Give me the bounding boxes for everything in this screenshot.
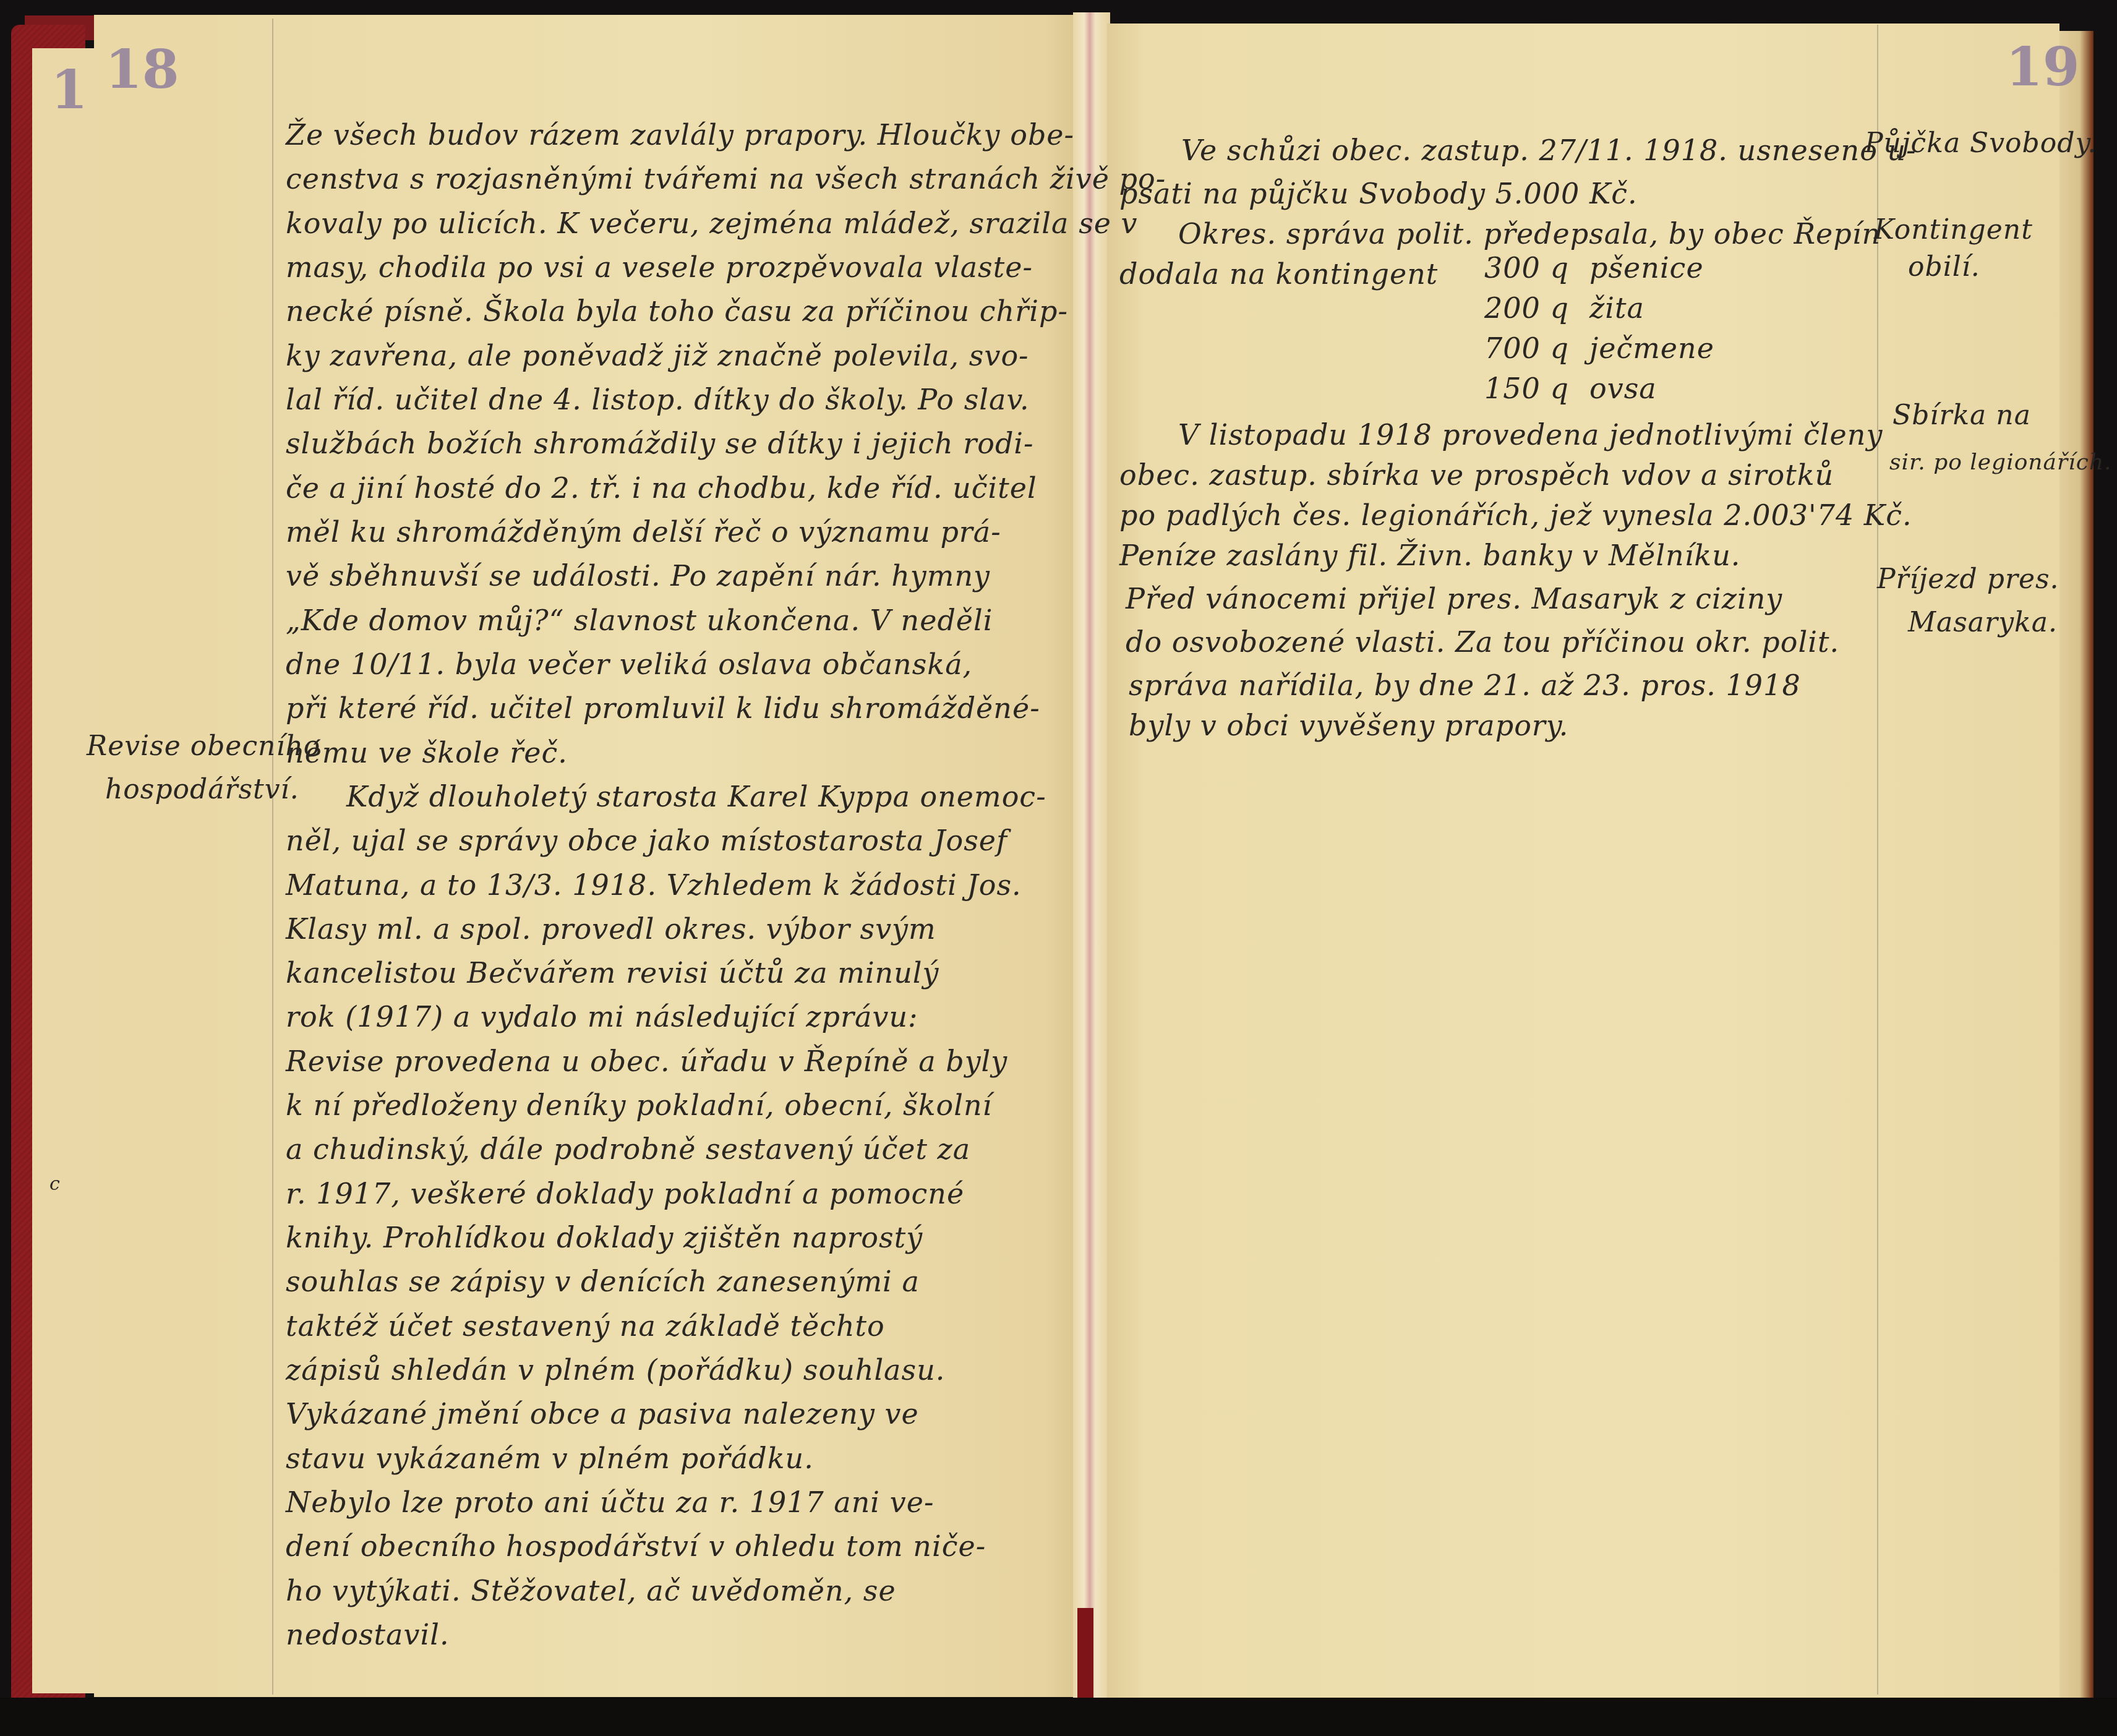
kontingent-amount: 200 q (1484, 294, 1569, 322)
margin-note-sbirka-line2: sir. po legionářích. (1889, 451, 2112, 474)
text-line: rok (1917) a vydalo mi následující zpráv… (286, 1003, 918, 1031)
margin-note-kontingent-line1: Kontingent (1874, 216, 2033, 244)
text-line: při které říd. učitel promluvil k lidu s… (286, 694, 1040, 722)
text-line: službách božích shromáždily se dítky i j… (286, 429, 1034, 458)
text-line: správa nařídila, by dne 21. až 23. pros.… (1129, 671, 1801, 699)
text-line: měl ku shromážděným delší řeč o významu … (286, 518, 1001, 546)
margin-note-revise-line2: hospodářství. (105, 776, 299, 803)
text-line: dne 10/11. byla večer veliká oslava obča… (286, 650, 972, 678)
background-bottom (0, 1698, 2117, 1736)
margin-note-prijezd-line2: Masaryka. (1908, 609, 2058, 636)
kontingent-grain: pšenice (1589, 254, 1704, 282)
text-line: dodala na kontingent (1119, 260, 1438, 288)
text-line: a chudinský, dále podrobně sestavený úče… (286, 1135, 970, 1163)
text-line: „Kde domov můj?“ slavnost ukončena. V ne… (286, 606, 993, 635)
flyleaf-strip (32, 48, 101, 1693)
text-line: kancelistou Bečvářem revisi účtů za minu… (286, 959, 939, 987)
text-line: byly v obci vyvěšeny prapory. (1129, 711, 1568, 740)
text-line: V listopadu 1918 provedena jednotlivými … (1178, 421, 1883, 449)
page-number-right: 19 (2006, 36, 2080, 98)
kontingent-amount: 700 q (1484, 334, 1569, 362)
text-line: lal říd. učitel dne 4. listop. dítky do … (286, 385, 1030, 414)
left-margin-rule (272, 19, 273, 1695)
text-line: vě sběhnuvší se události. Po zapění nár.… (286, 562, 990, 590)
text-line: r. 1917, veškeré doklady pokladní a pomo… (286, 1179, 964, 1208)
right-margin-rule (1877, 25, 1878, 1695)
text-line: Vykázané jmění obce a pasiva nalezeny ve (286, 1400, 919, 1428)
text-line: taktéž účet sestavený na základě těchto (286, 1312, 885, 1340)
text-line: psati na půjčku Svobody 5.000 Kč. (1119, 179, 1638, 208)
text-line: stavu vykázaném v plném pořádku. (286, 1444, 814, 1473)
text-line: Že všech budov rázem zavlály prapory. Hl… (286, 121, 1074, 149)
gutter-binding-red (1077, 1608, 1093, 1701)
text-line: Matuna, a to 13/3. 1918. Vzhledem k žádo… (286, 871, 1022, 899)
margin-note-sbirka-line1: Sbírka na (1892, 402, 2031, 429)
kontingent-amount: 150 q (1484, 374, 1569, 403)
text-line: Okres. správa polit. předepsala, by obec… (1178, 220, 1881, 248)
kontingent-grain: žita (1589, 294, 1644, 322)
text-line: souhlas se zápisy v denících zanesenými … (286, 1267, 920, 1296)
text-line: Klasy ml. a spol. provedl okres. výbor s… (286, 915, 936, 943)
text-line: ky zavřena, ale poněvadž již značně pole… (286, 341, 1029, 370)
text-line: Když dlouholetý starosta Karel Kyppa one… (346, 782, 1046, 811)
text-line: Nebylo lze proto ani účtu za r. 1917 ani… (286, 1488, 934, 1516)
text-line: masy, chodila po vsi a vesele prozpěvova… (286, 253, 1033, 281)
text-line: ho vytýkati. Stěžovatel, ač uvědoměn, se (286, 1576, 896, 1605)
text-line: nému ve škole řeč. (286, 738, 568, 767)
kontingent-grain: ovsa (1589, 374, 1657, 403)
text-line: obec. zastup. sbírka ve prospěch vdov a … (1119, 461, 1834, 489)
margin-note-prijezd-line1: Příjezd pres. (1877, 566, 2059, 593)
text-line: kovaly po ulicích. K večeru, zejména mlá… (286, 209, 1138, 237)
text-line: knihy. Prohlídkou doklady zjištěn napros… (286, 1223, 923, 1252)
text-line: po padlých čes. legionářích, jež vynesla… (1119, 501, 1912, 529)
text-line: dení obecního hospodářství v ohledu tom … (286, 1532, 986, 1560)
text-line: če a jiní hosté do 2. tř. i na chodbu, k… (286, 474, 1037, 502)
text-line: censtva s rozjasněnými tvářemi na všech … (286, 165, 1166, 193)
text-line: něl, ujal se správy obce jako místostaro… (286, 826, 1007, 855)
text-line: zápisů shledán v plném (pořádku) souhlas… (286, 1356, 945, 1384)
text-line: Před vánocemi přijel pres. Masaryk z ciz… (1126, 584, 1782, 613)
kontingent-amount: 300 q (1484, 254, 1569, 282)
text-line: Peníze zaslány fil. Živn. banky v Mělník… (1119, 541, 1740, 570)
text-line: do osvobozené vlasti. Za tou příčinou ok… (1126, 628, 1839, 656)
margin-note-kontingent-line2: obilí. (1908, 254, 1980, 281)
right-page-edge (2059, 31, 2093, 1701)
page-number-left: 18 (105, 38, 179, 101)
book-gutter (1073, 12, 1110, 1701)
text-line: k ní předloženy deníky pokladní, obecní,… (286, 1091, 992, 1119)
text-line: necké písně. Škola byla toho času za pří… (286, 297, 1068, 325)
text-line: nedostavil. (286, 1620, 450, 1649)
text-line: Ve schůzi obec. zastup. 27/11. 1918. usn… (1181, 136, 1917, 165)
flyleaf-page-stamp: 1 (51, 59, 88, 121)
stray-mark: c (49, 1175, 61, 1194)
text-line: Revise provedena u obec. úřadu v Řepíně … (286, 1047, 1007, 1075)
kontingent-grain: ječmene (1589, 334, 1714, 362)
